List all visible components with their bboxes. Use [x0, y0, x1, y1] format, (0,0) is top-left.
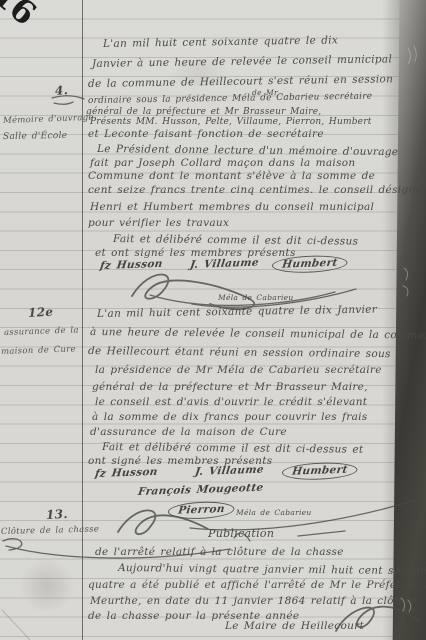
signature: J. Villaume	[189, 257, 259, 271]
manuscript-line: et ont signé les membres présents	[95, 247, 296, 259]
manuscript-line: quatre a été publié et affiché l'arrêté …	[88, 579, 426, 591]
signature: fz Husson	[99, 258, 163, 272]
manuscript-line: Présents MM. Husson, Pelte, Villaume, Pi…	[90, 117, 372, 127]
manuscript-line: général de la préfecture et Mr Brasseur …	[86, 107, 321, 117]
manuscript-line: de Heillecourt étant réuni en session or…	[88, 345, 391, 360]
manuscript-line: à une heure de relevée le conseil munici…	[90, 326, 426, 342]
paraph-signature	[132, 275, 254, 310]
margin-note: maison de Cure	[1, 344, 76, 357]
margin-rule	[82, 0, 83, 640]
margin-note: Salle d'École	[3, 131, 68, 142]
manuscript-line: Janvier à une heure de relevée le consei…	[92, 53, 392, 70]
signature: Pierron	[167, 501, 236, 520]
countersignature: Méla de Cabarieu	[218, 293, 294, 302]
margin-note: assurance de la	[4, 325, 79, 338]
signature: Humbert	[281, 461, 359, 481]
signature: fz Husson	[94, 466, 158, 480]
manuscript-line: le conseil est d'avis d'ouvrir le crédit…	[95, 396, 367, 408]
manuscript-line: de l'arrêté relatif à la clôture de la c…	[95, 546, 344, 558]
manuscript-line: d'assurance de la maison de Cure	[90, 426, 287, 438]
margin-entry-number: 4.	[55, 83, 69, 98]
manuscript-line: L'an mil huit cent soixante quatre le di…	[97, 304, 377, 320]
manuscript-line: pour vérifier les travaux	[88, 217, 229, 229]
margin-note: Mémoire d'ouvrage	[3, 113, 94, 126]
manuscript-line: Le Président donne lecture d'un mémoire …	[97, 143, 398, 158]
margin-note: Clôture de la chasse	[1, 524, 99, 537]
manuscript-line: la présidence de Mr Méla de Cabarieu sec…	[95, 364, 382, 376]
manuscript-line: Fait et délibéré comme il est dit ci-des…	[102, 441, 364, 456]
manuscript-line: Meurthe, en date du 11 janvier 1864 rela…	[90, 595, 417, 607]
page-number-stamp: 16	[0, 0, 44, 33]
signature: François Mougeotte	[137, 482, 264, 498]
signature: J. Villaume	[194, 464, 264, 478]
margin-entry-number: 13.	[46, 507, 68, 522]
manuscript-line: et Leconte faisant fonction de secrétair…	[88, 128, 324, 140]
manuscript-line: fait par Joseph Collard maçon dans la ma…	[90, 157, 355, 169]
paper-scratch	[2, 610, 30, 640]
manuscript-line: ordinaire sous la présidence Méla de Cab…	[88, 92, 372, 106]
manuscript-line: général de la préfecture et Mr Brasseur …	[92, 381, 368, 393]
section-heading: Publication	[208, 527, 274, 540]
manuscript-line: cent seize francs trente cinq centimes. …	[88, 184, 422, 196]
manuscript-line: Commune dont le montant s'élève à la som…	[88, 170, 375, 182]
manuscript-line: de la commune de Heillecourt s'est réuni…	[88, 73, 393, 90]
countersignature: Méla de Cabarieu	[236, 508, 312, 517]
heading-dash	[298, 531, 345, 536]
manuscript-line: L'an mil huit cent soixante quatre le di…	[103, 34, 338, 50]
manuscript-line: Henri et Humbert membres du conseil muni…	[90, 201, 374, 213]
manuscript-line: Aujourd'hui vingt quatre janvier mil hui…	[118, 562, 426, 577]
paper-stain	[18, 560, 76, 612]
margin-entry-number: 12e	[28, 305, 54, 320]
closing-line: Le Maire de Heillecourt	[225, 620, 364, 632]
manuscript-line: à la somme de dix francs pour couvrir le…	[92, 411, 367, 423]
manuscript-line: Fait et délibéré comme il est dit ci-des…	[113, 233, 358, 248]
register-page: 16 4. Mémoire d'ouvrage Salle d'École L'…	[0, 0, 426, 640]
